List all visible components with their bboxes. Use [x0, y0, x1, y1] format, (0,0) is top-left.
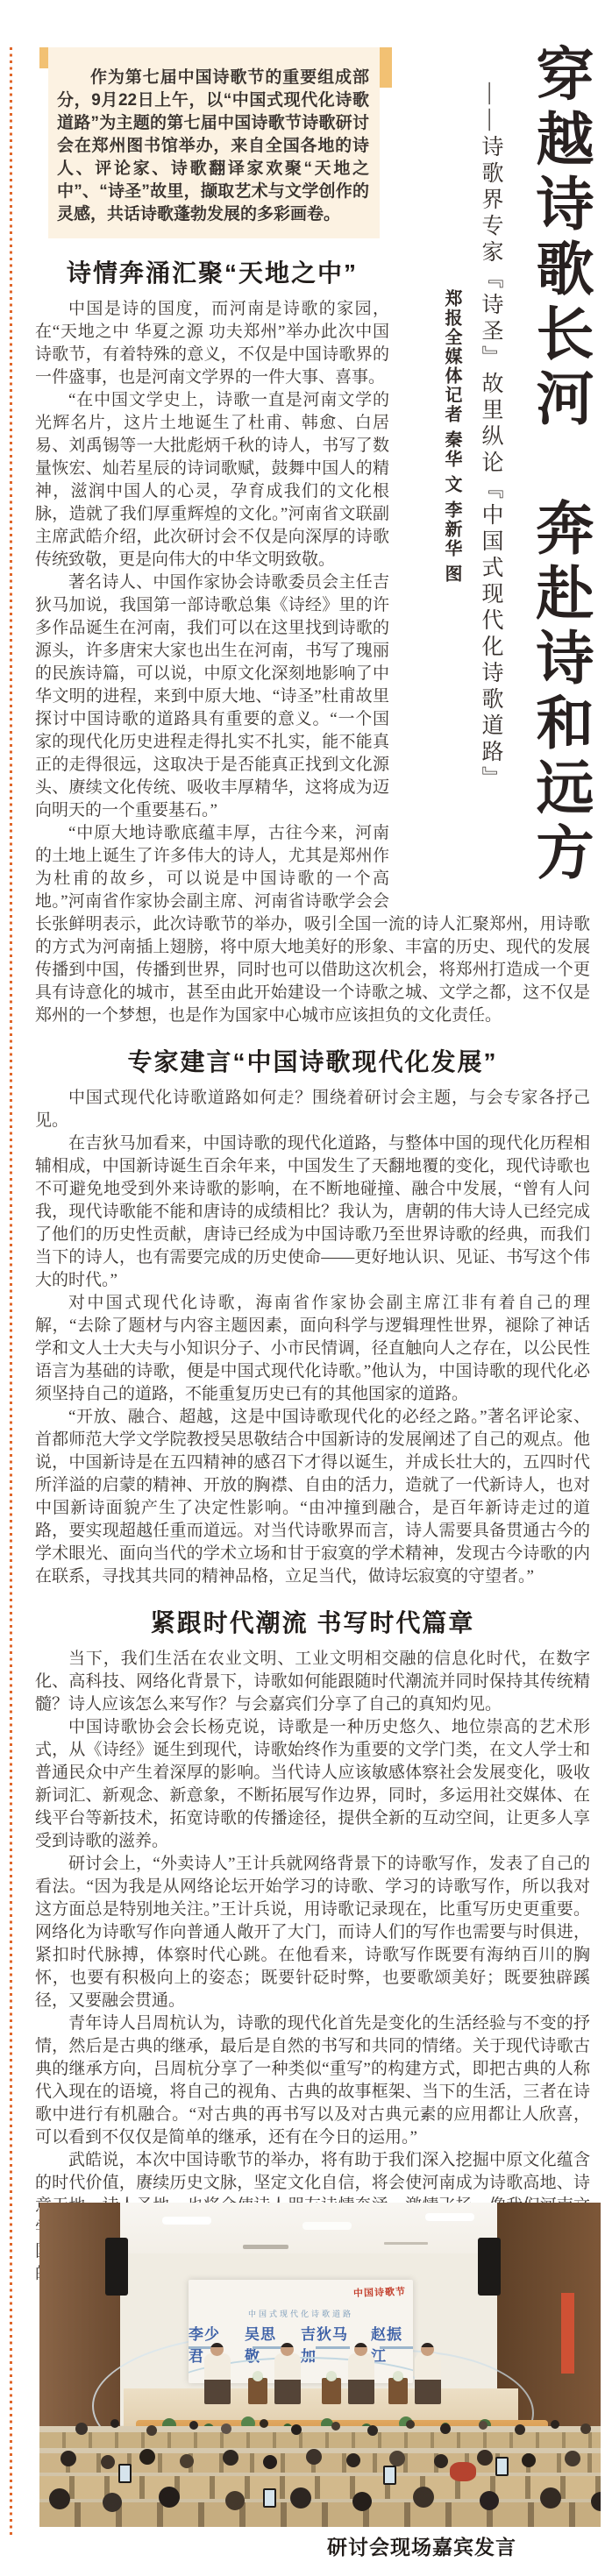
paragraph: “开放、融合、超越，这是中国诗歌现代化的必经之路。”著名评论家、首都师范大学文学… — [35, 1406, 590, 1588]
audience-chair-row — [39, 2502, 601, 2527]
screen-logo: 中国诗歌节 — [353, 2284, 407, 2300]
speaker-box-icon — [105, 2238, 128, 2296]
screen-theme-title: 中国式现代化诗歌道路 — [189, 2308, 413, 2319]
byline: 郑报全媒体记者 秦华 文 李新华 图 — [440, 33, 463, 897]
vertical-masthead: 穿越诗歌长河 奔赴诗和远方 ——诗歌界专家『诗圣』故里纵论『中国式现代化诗歌道路… — [402, 33, 605, 897]
paragraph: 中国诗歌协会会长杨克说，诗歌是一种历史悠久、地位崇高的艺术形式，从《诗经》诞生到… — [35, 1716, 590, 1853]
guest-name: 赵振江 — [371, 2322, 413, 2366]
intro-box-inner: 作为第七届中国诗歌节的重要组成部分，9月22日上午，以“中国式现代化诗歌道路”为… — [48, 47, 380, 238]
phone-icon — [383, 2466, 396, 2485]
paragraph: 在吉狄马加看来，中国诗歌的现代化道路，与整体中国的现代化历程相辅相成，中国新诗诞… — [35, 1132, 590, 1292]
audience-chair-row — [39, 2432, 601, 2448]
paragraph: 对中国式现代化诗歌，海南省作家协会副主席江非有着自己的理解，“去除了题材与内容主… — [35, 1292, 590, 1406]
photo-red-banner — [561, 2293, 574, 2374]
intro-box: 作为第七届中国诗歌节的重要组成部分，9月22日上午，以“中国式现代化诗歌道路”为… — [48, 47, 380, 238]
left-dotted-rule — [10, 47, 12, 2537]
main-headline: 穿越诗歌长河 奔赴诗和远方 — [516, 33, 605, 897]
panelist — [204, 2353, 231, 2404]
phone-icon — [263, 2488, 276, 2508]
stage-side-table — [388, 2378, 408, 2404]
newspaper-page: 穿越诗歌长河 奔赴诗和远方 ——诗歌界专家『诗圣』故里纵论『中国式现代化诗歌道路… — [0, 0, 605, 2576]
paragraph: 当下，我们生活在农业文明、工业文明相交融的信息化时代，在数字化、高科技、网络化背… — [35, 1648, 590, 1716]
stage-side-table — [322, 2378, 341, 2404]
phone-icon — [118, 2464, 132, 2483]
section-heading-2: 专家建言“中国诗歌现代化发展” — [35, 1043, 590, 1078]
event-photo: 中国诗歌节 中国式现代化诗歌道路 李少君 吴思敬 吉狄马加 赵振江 — [39, 2203, 601, 2527]
photo-ceiling-lights — [162, 2217, 211, 2225]
speaker-box-icon — [478, 2238, 501, 2296]
panelist — [415, 2353, 441, 2404]
phone-icon — [495, 2457, 509, 2476]
paragraph: 中国式现代化诗歌道路如何走？围绕着研讨会主题，与会专家各抒己见。 — [35, 1087, 590, 1132]
intro-text: 作为第七届中国诗歌节的重要组成部分，9月22日上午，以“中国式现代化诗歌道路”为… — [57, 67, 369, 226]
audience-red-shirt — [450, 2462, 476, 2481]
paragraph: 青年诗人吕周杭认为，诗歌的现代化首先是变化的生活经验与不变的抒情，然后是古典的继… — [35, 2012, 590, 2149]
photo-caption: 研讨会现场嘉宾发言 — [327, 2531, 516, 2560]
panelist — [348, 2353, 374, 2404]
headline-subtitle: ——诗歌界专家『诗圣』故里纵论『中国式现代化诗歌道路』 — [475, 33, 505, 897]
paragraph: 研讨会上，“外卖诗人”王计兵就网络背景下的诗歌写作，发表了自己的看法。“因为我是… — [35, 1853, 590, 2012]
stage-side-table — [248, 2378, 267, 2404]
audience-heads — [39, 2203, 53, 2217]
article-body: 穿越诗歌长河 奔赴诗和远方 ——诗歌界专家『诗圣』故里纵论『中国式现代化诗歌道路… — [35, 33, 590, 2286]
section-heading-3: 紧跟时代潮流 书写时代篇章 — [35, 1604, 590, 1639]
panelist — [274, 2353, 301, 2404]
